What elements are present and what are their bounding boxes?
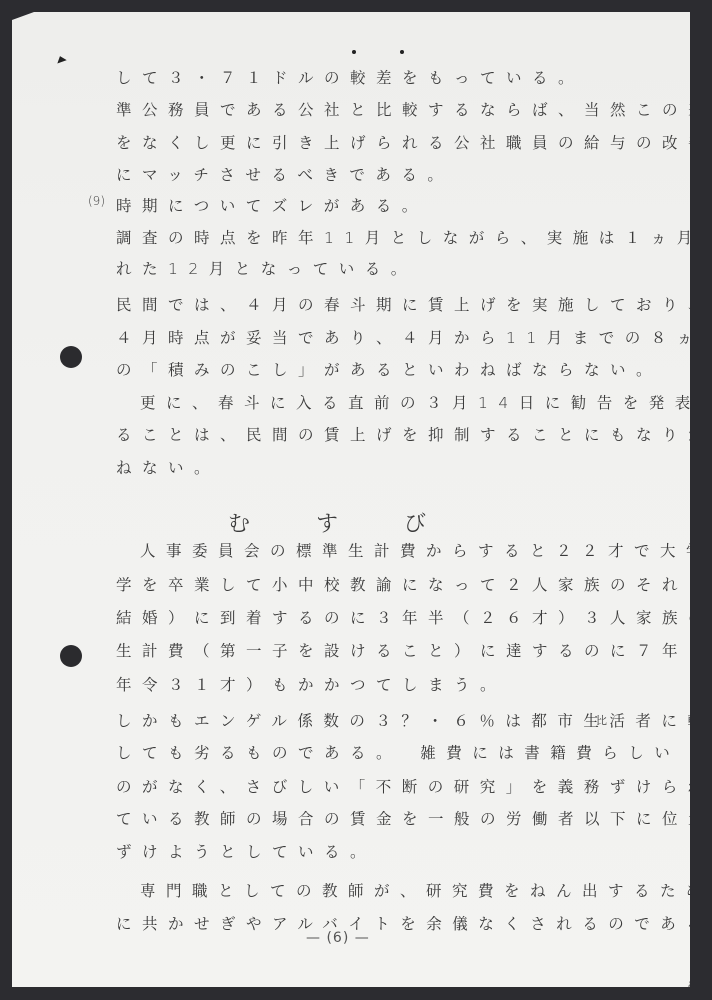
pin-dot xyxy=(352,50,356,54)
line-text: ている教師の場合の賃金を一般の労働者以下に位置 xyxy=(116,807,712,829)
staple-hole-mark xyxy=(55,54,66,63)
corner-page-number: 8 xyxy=(688,978,696,992)
line-text: 専門職としての教師が、研究費をねん出するため xyxy=(140,879,712,901)
line-text: して３・７１ドルの較差をもっている。 xyxy=(116,66,584,88)
line-text: 更に、春斗に入る直前の３月14日に勧告を発表す xyxy=(140,391,712,413)
line-text: 調査の時点を昨年11月としながら、実施は１ヵ月遅 xyxy=(116,226,712,248)
line-text: にマッチさせるべきである。 xyxy=(116,163,453,185)
line-text: 民間では、４月の春斗期に賃上げを実施しており、 xyxy=(116,293,712,315)
line-text: 準公務員である公社と比較するならば、当然この差 xyxy=(116,98,712,120)
line-text: に共かせぎやアルバイトを余儀なくされるのである。 xyxy=(116,912,712,934)
document-page: して３・７１ドルの較差をもっている。準公務員である公社と比較するならば、当然この… xyxy=(12,12,690,987)
line-text: れた12月となっている。 xyxy=(116,257,417,279)
line-text: ることは、民間の賃上げを抑制することにもなりか xyxy=(116,423,712,445)
line-text: 時期についてズレがある。 xyxy=(116,194,428,216)
line-text: しても劣るものである。 雑費には書籍費らしい xyxy=(116,741,680,763)
page-label: — (6) — xyxy=(306,930,370,946)
line-text: 人事委員会の標準生計費からすると２２才で大学 xyxy=(140,539,712,561)
section-heading: むすび xyxy=(228,507,492,538)
pin-dot xyxy=(400,50,404,54)
line-text: のがなく、さびしい「不断の研究」を義務ずけられ xyxy=(116,775,712,797)
line-text: 結婚）に到着するのに３年半（２６才）３人家族の xyxy=(116,606,712,628)
line-text: ずけようとしている。 xyxy=(116,840,376,862)
punch-hole xyxy=(60,346,82,368)
line-text: の「積みのこし」があるといわねばならない。 xyxy=(116,358,662,380)
handwritten-annotation: 比 xyxy=(596,712,607,728)
line-text: ４月時点が妥当であり、４月から11月までの８ヵ月 xyxy=(116,326,712,348)
line-text: 年令３１才）もかかつてしまう。 xyxy=(116,673,506,695)
item-number: (9) xyxy=(88,194,105,208)
line-text: をなくし更に引き上げられる公社職員の給与の改善 xyxy=(116,131,712,153)
punch-hole xyxy=(60,645,82,667)
line-text: 生計費（第一子を設けること）に達するのに７年（ xyxy=(116,639,712,661)
line-text: しかもエンゲル係数の３？・６％は都市生活者に較 xyxy=(116,709,712,731)
line-text: 学を卒業して小中校教諭になって２人家族のそれ（ xyxy=(116,573,712,595)
line-text: ねない。 xyxy=(116,456,220,478)
